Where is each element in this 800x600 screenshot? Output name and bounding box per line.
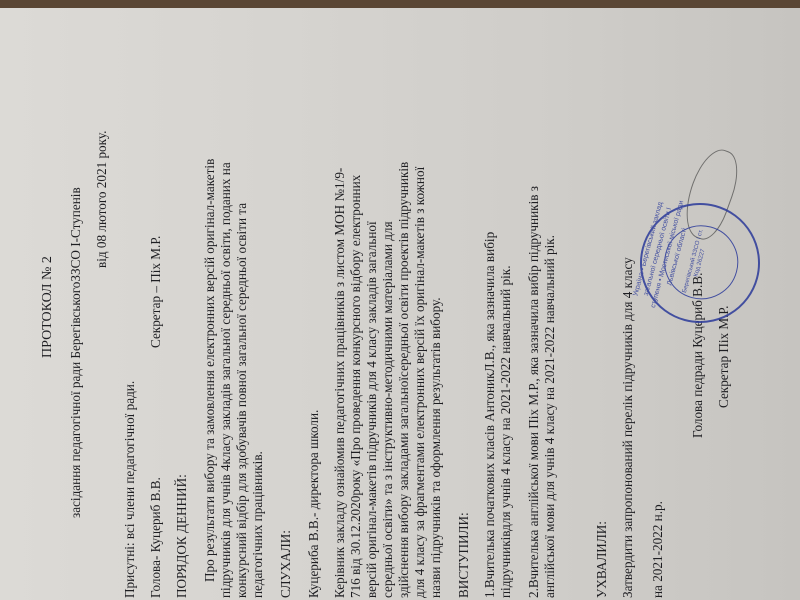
spoke-item-1: 1.Вчителька початкових класів АнтоникЛ.В… [482,232,498,598]
agenda-line: Про результати вибору та замовлення елек… [202,159,218,582]
protocol-subtitle: засідання педагогічної ради Берегівськог… [68,187,84,518]
agenda-line: педагогічних працівників. [250,451,266,598]
secretary-line: Секретар – Піх М.Р. [148,236,164,348]
chair-line: Голова- Куцериб В.В. [148,477,164,598]
heard-line: середньої освіти» та з інструктивно-мето… [380,221,396,598]
heard-line: для 4 класу за фрагментами електронних в… [412,167,428,598]
spoke-item-1: підручниківдля учнів 4 класу на 2021-202… [498,266,514,599]
paper-sheet: ПРОТОКОЛ № 2 засідання педагогічної ради… [0,8,800,600]
spoke-heading: ВИСТУПИЛИ: [456,512,472,598]
protocol-title: ПРОТОКОЛ № 2 [40,256,56,358]
resolved-heading: УХВАЛИЛИ: [594,521,610,598]
agenda-line: підручників для учнів 4класу закладів за… [218,162,234,598]
agenda-heading: ПОРЯДОК ДЕННИЙ: [174,474,190,598]
spoke-item-2: 2.Вчителька англійської мови Піх М.Р., я… [526,186,542,598]
heard-line: 716 від 30.12.2020року «Про проведення к… [348,175,364,598]
present-line: Присутні: всі члени педагогічної ради. [122,381,138,598]
resolved-line: Затвердити запропонований перелік підруч… [620,257,636,598]
heard-line: версій оригінал-макетів підручників для … [364,221,380,598]
agenda-line: конкурсний відбір для здобувачів повної … [234,203,250,598]
heard-line: назви підручників та оформлення результа… [428,297,444,598]
heard-line: здійснення вибору закладами загальноїсер… [396,162,412,598]
resolved-line: на 2021-2022 н.р. [650,501,666,598]
heard-speaker: Куцериба В.В.- директора школи. [306,410,322,598]
spoke-item-2: англійської мови для учнів 4 класу на 20… [542,235,558,598]
heard-line: Керівник закладу ознайомив педагогічних … [332,168,348,598]
heard-heading: СЛУХАЛИ: [278,530,294,598]
protocol-date: від 08 лютого 2021 року. [94,131,110,268]
